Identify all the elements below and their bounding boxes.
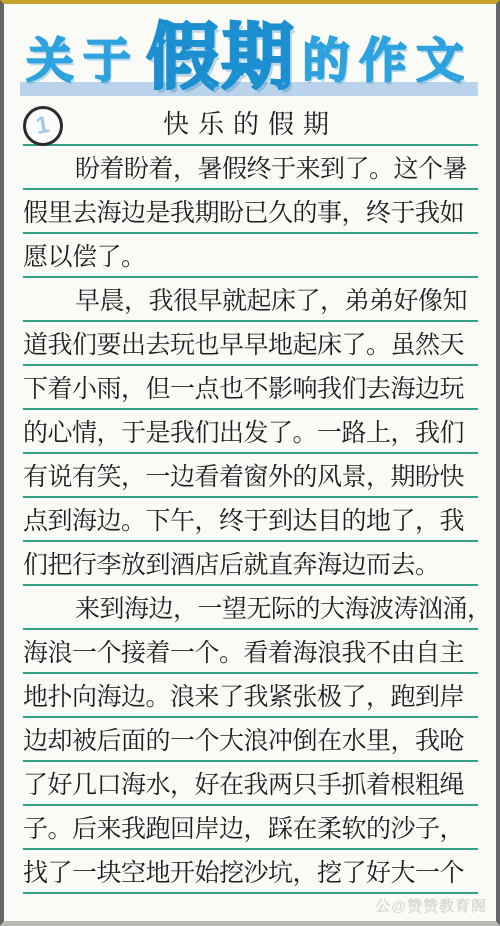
essay-line: 找了一块空地开始挖沙坑，挖了好大一个 <box>23 850 478 894</box>
essay-line: 地扑向海边。浪来了我紧张极了，跑到岸 <box>23 674 478 718</box>
essay-line: 的心情，于是我们出发了。一路上，我们 <box>23 410 478 454</box>
worksheet-page: 关于 假期 的作文 1 快乐的假期 盼着盼着，暑假终于来到了。这个暑假里去海边是… <box>0 0 500 926</box>
essay-line: 边却被后面的一个大浪冲倒在水里，我呛 <box>23 718 478 762</box>
essay-line: 道我们要出去玩也早早地起床了。虽然天 <box>23 322 478 366</box>
title-segment-left: 关于 <box>26 39 140 86</box>
essay-line: 海浪一个接着一个。看着海浪我不由自主 <box>23 630 478 674</box>
essay-line: 们把行李放到酒店后就直奔海边而去。 <box>23 542 478 586</box>
essay-line: 盼着盼着，暑假终于来到了。这个暑 <box>23 146 478 190</box>
watermark: 公@赞赞教育阁 <box>375 895 487 916</box>
essay-line: 早晨，我很早就起床了，弟弟好像知 <box>23 278 478 322</box>
essay-line: 愿以偿了。 <box>23 234 478 278</box>
lesson-number-badge: 1 <box>23 106 63 146</box>
title-segment-highlight: 假期 <box>146 24 296 92</box>
essay-line: 点到海边。下午，终于到达目的地了，我 <box>23 498 478 542</box>
essay-line: 来到海边，一望无际的大海波涛汹涌， <box>23 586 478 630</box>
essay-line: 假里去海边是我期盼已久的事，终于我如 <box>23 190 478 234</box>
essay-title-line: 快乐的假期 <box>23 102 478 146</box>
essay-line: 有说有笑，一边看着窗外的风景，期盼快 <box>23 454 478 498</box>
title-segment-right: 的作文 <box>303 39 474 86</box>
lesson-number: 1 <box>34 111 52 141</box>
essay-line: 子。后来我跑回岸边，踩在柔软的沙子， <box>23 806 478 850</box>
essay-body: 快乐的假期 盼着盼着，暑假终于来到了。这个暑假里去海边是我期盼已久的事，终于我如… <box>23 102 478 894</box>
essay-title: 快乐的假期 <box>163 104 338 141</box>
essay-line: 了好几口海水，好在我两只手抓着根粗绳 <box>23 762 478 806</box>
page-title: 关于 假期 的作文 <box>4 18 496 86</box>
essay-line: 下着小雨，但一点也不影响我们去海边玩 <box>23 366 478 410</box>
